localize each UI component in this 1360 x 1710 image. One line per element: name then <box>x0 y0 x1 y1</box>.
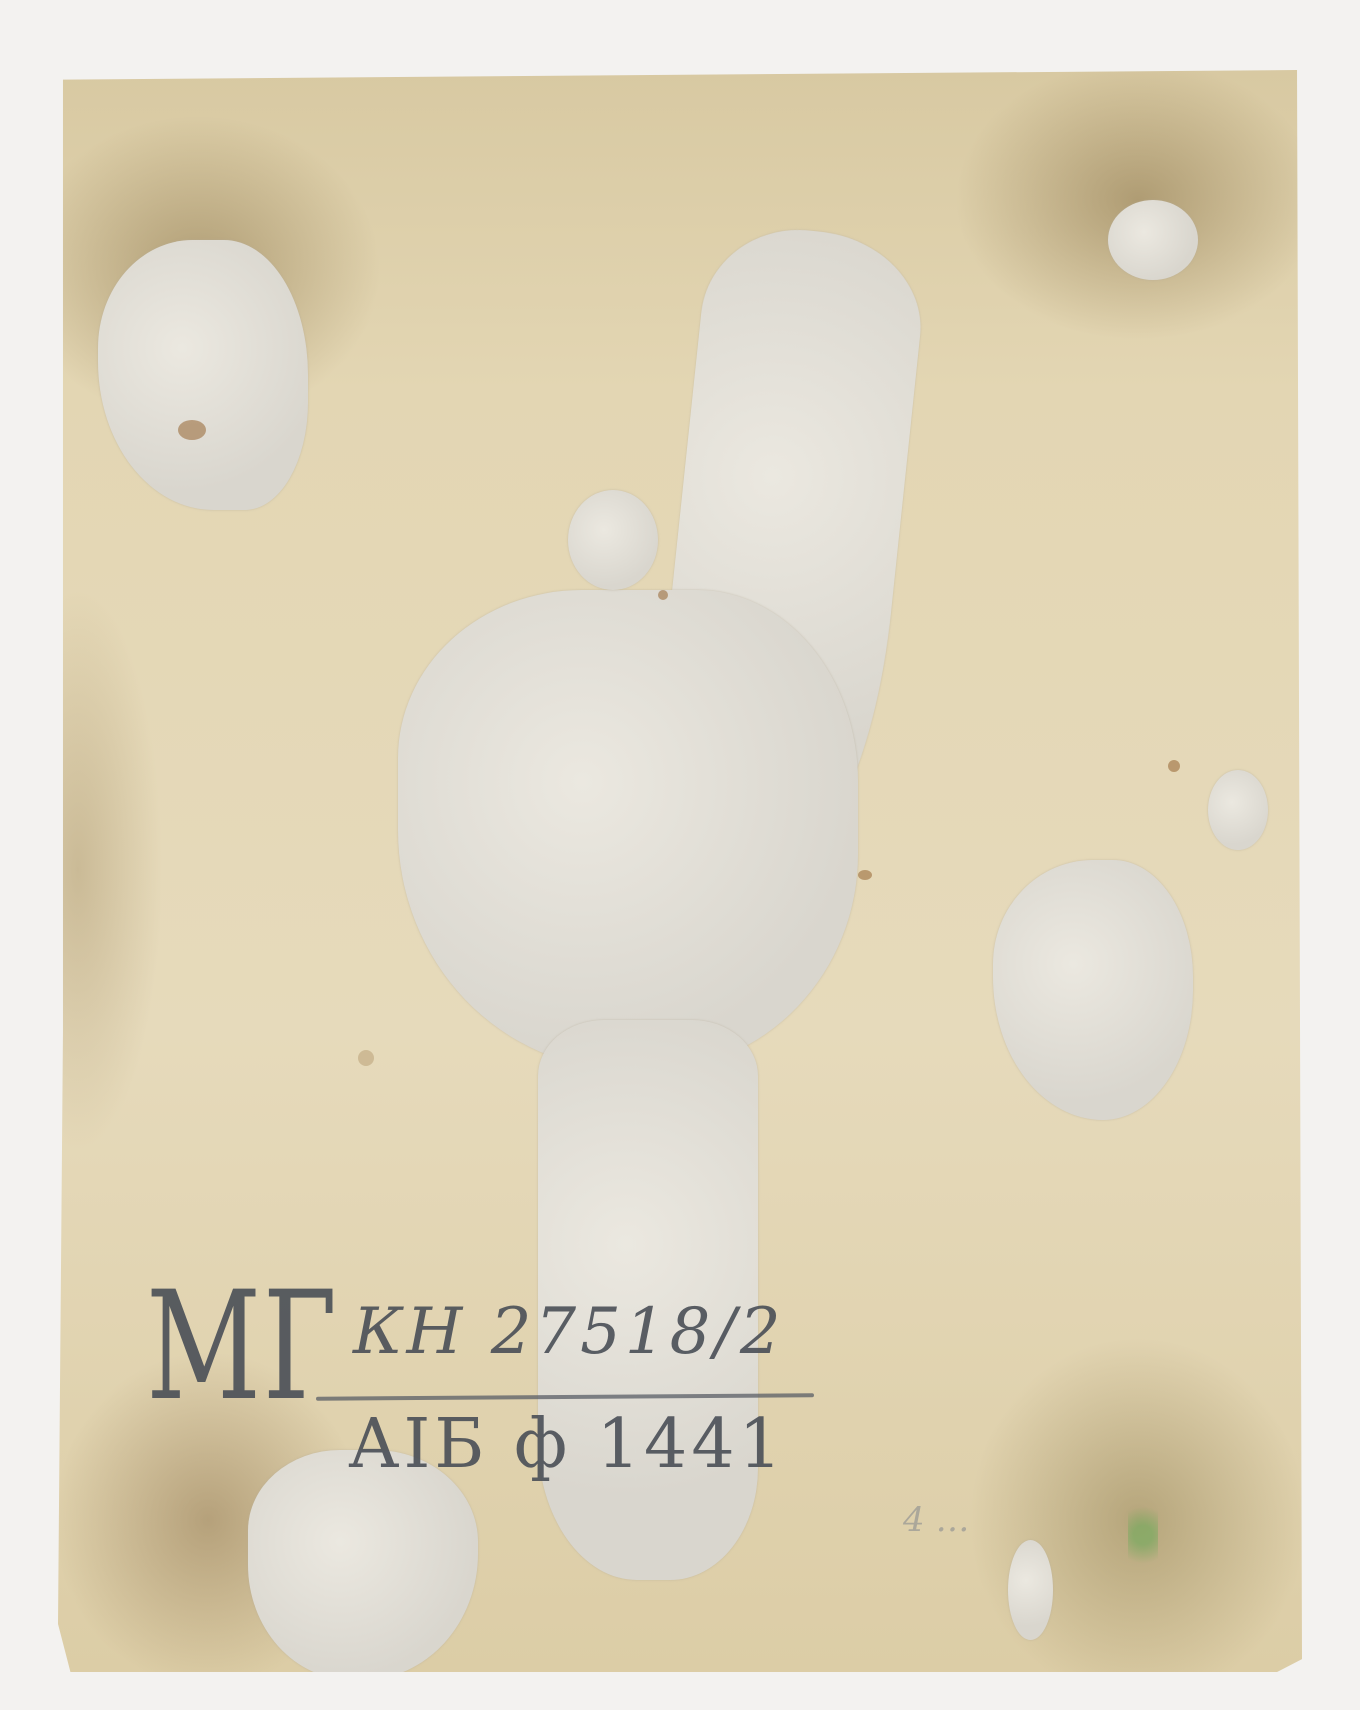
inscription-fund-number: АІБ ф 1441 <box>348 1405 786 1484</box>
peeled-area-central-body <box>398 590 858 1070</box>
stain-spot <box>858 870 872 880</box>
peeled-area-right <box>993 860 1193 1120</box>
inscription-inventory-number: КН 27518/2 <box>353 1295 785 1369</box>
peeled-area-bottom-right <box>1008 1540 1053 1640</box>
stain-spot <box>358 1050 374 1066</box>
peeled-area-top-right <box>1108 200 1198 280</box>
stain-spot <box>178 420 206 440</box>
inscription-faint-pencil: 4 … <box>903 1500 969 1540</box>
peeled-area-small-center <box>568 490 658 590</box>
peeled-area-bottom-left <box>248 1450 478 1680</box>
aged-photo-mount-back: МГ КН 27518/2 АІБ ф 1441 4 … <box>58 70 1302 1672</box>
green-stain <box>1128 1490 1158 1580</box>
peeled-area-top-left <box>98 240 308 510</box>
stain-spot <box>1168 760 1180 772</box>
stain-spot <box>658 590 668 600</box>
peeled-area-right-small <box>1208 770 1268 850</box>
inscription-large-letters: МГ <box>146 1260 339 1434</box>
